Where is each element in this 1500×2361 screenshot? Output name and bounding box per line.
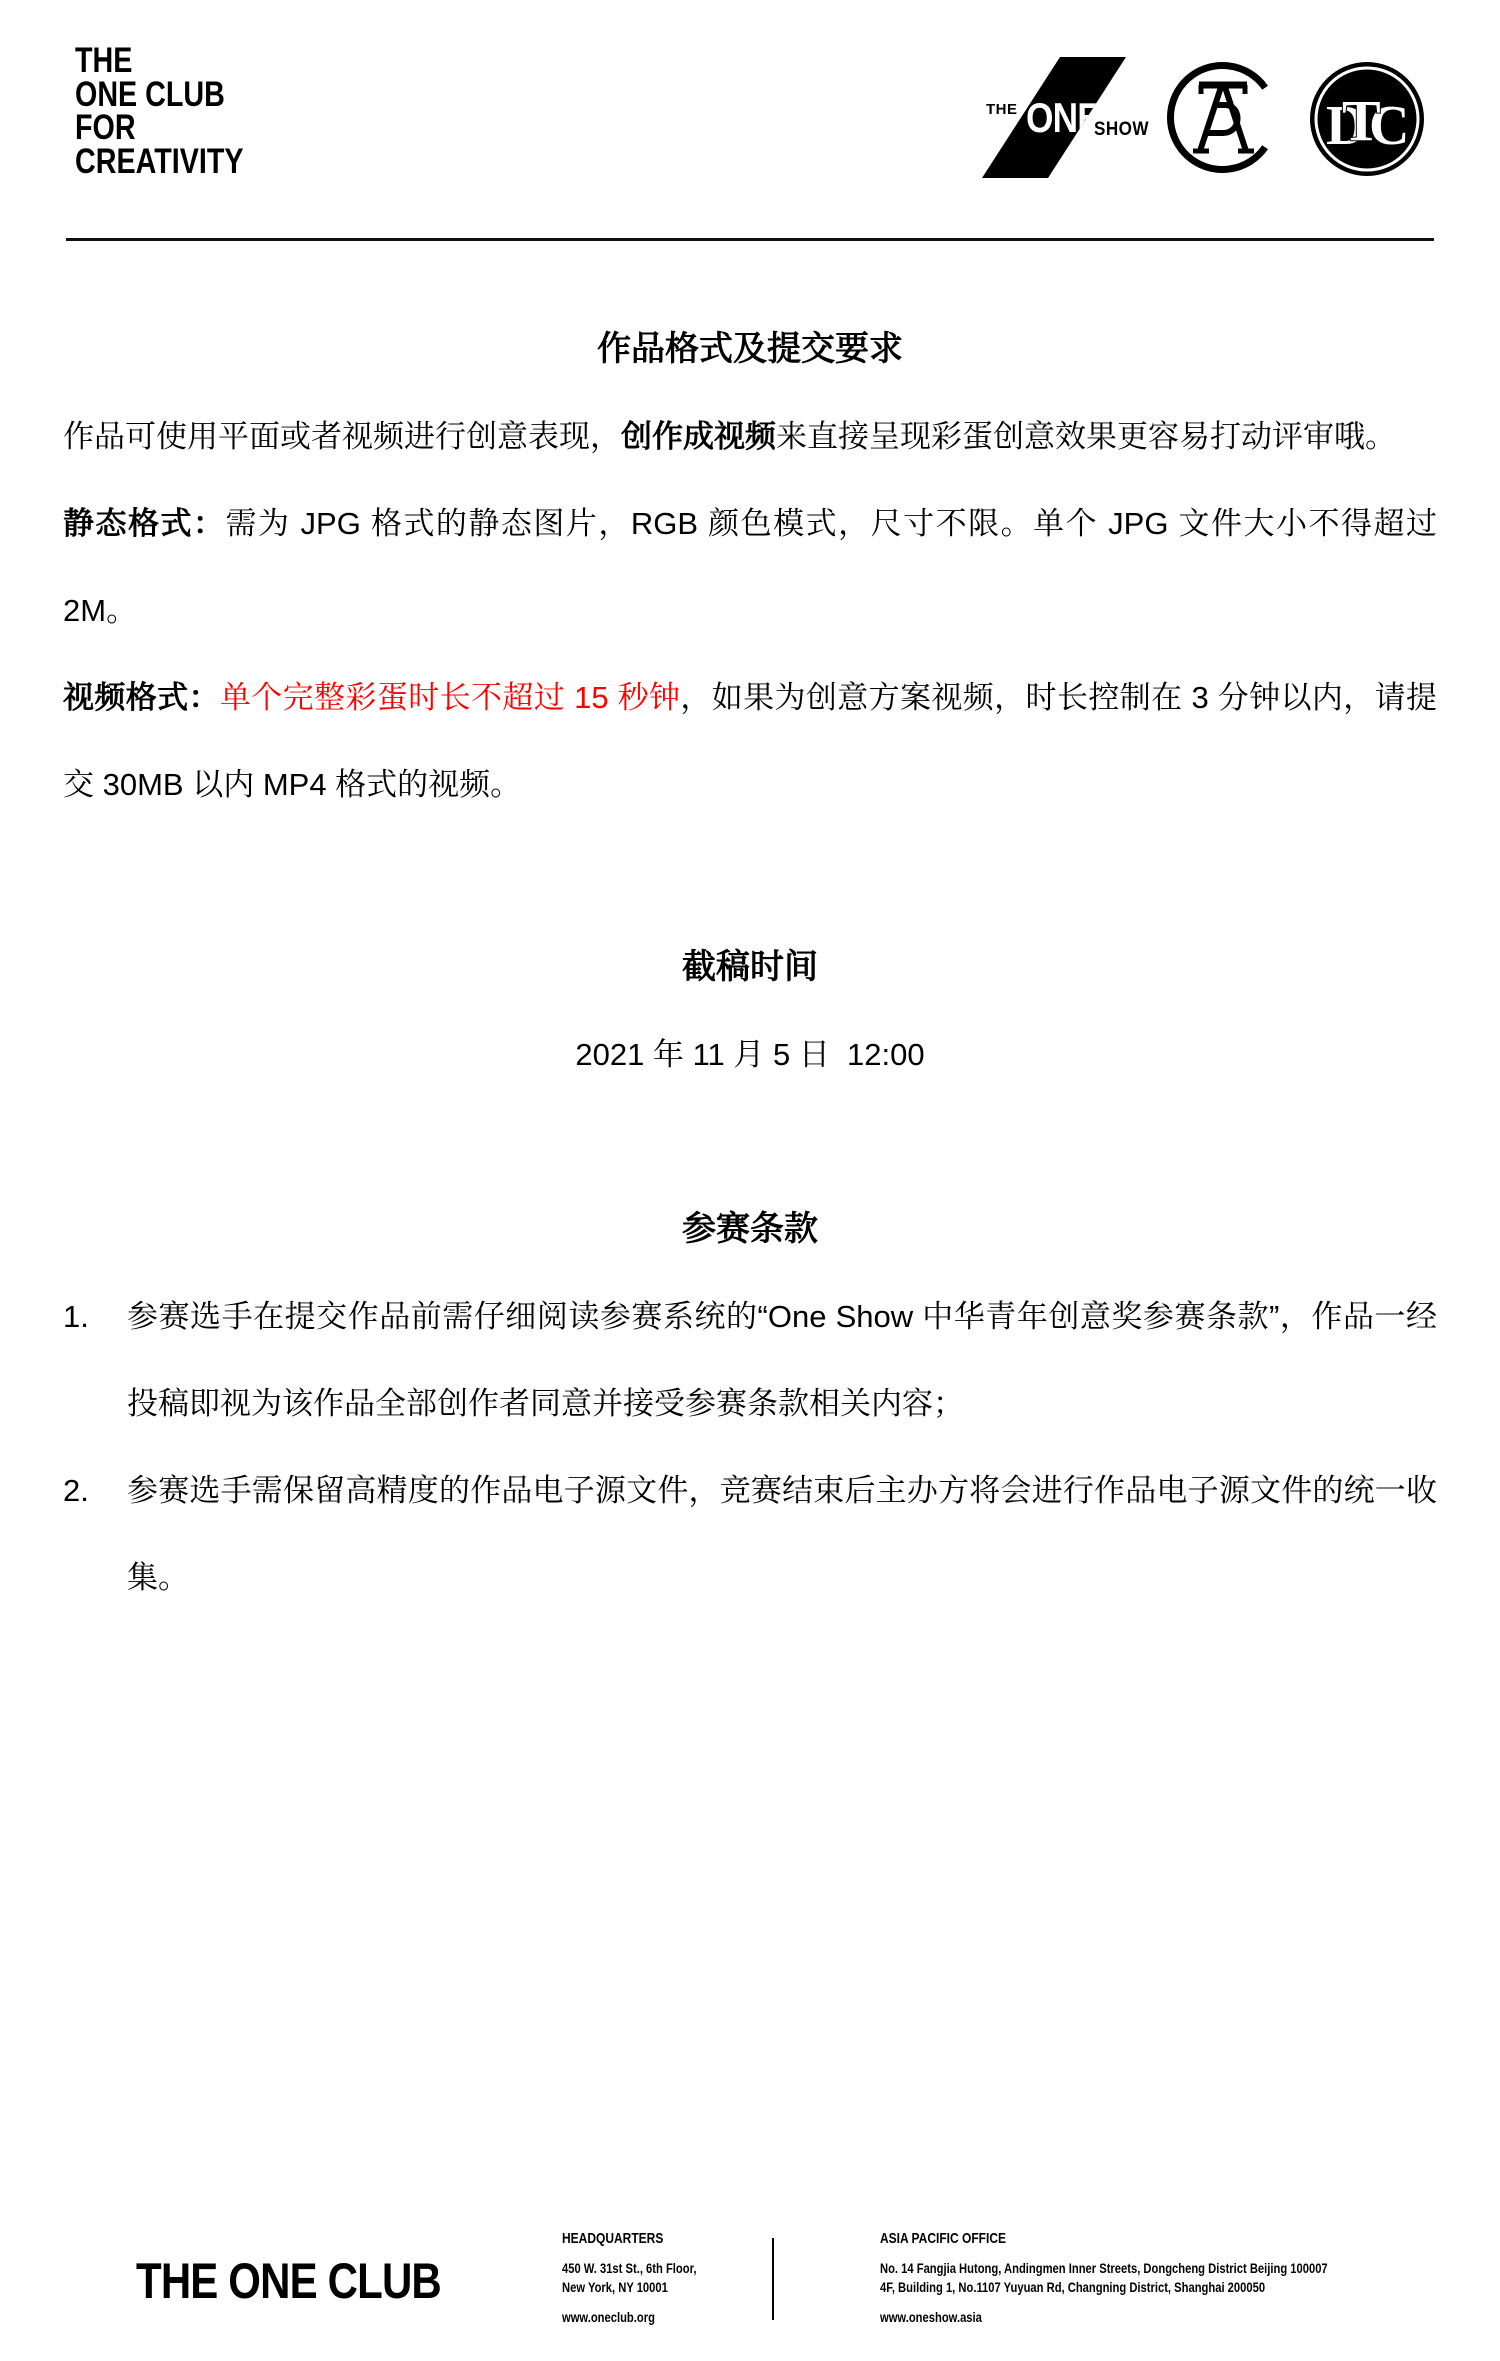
one-club-logo-line: FOR [75,111,243,145]
one-show-logo: THE ONE SHOW [980,55,1150,180]
asia-office-address-line: No. 14 Fangjia Hutong, Andingmen Inner S… [880,2259,1328,2278]
term-item: 1.参赛选手在提交作品前需仔细阅读参赛系统的“One Show 中华青年创意奖参… [63,1273,1437,1447]
asia-office-address-line: 4F, Building 1, No.1107 Yuyuan Rd, Chang… [880,2278,1328,2297]
term-item-number: 2. [63,1447,89,1534]
one-show-the-label: THE [986,102,1018,117]
term-item-text: 参赛选手需保留高精度的作品电子源文件，竞赛结束后主办方将会进行作品电子源文件的统… [127,1473,1437,1595]
section-title-format: 作品格式及提交要求 [63,306,1437,393]
section-title-terms: 参赛条款 [63,1186,1437,1273]
one-show-one-label: ONE [1026,97,1100,139]
one-club-logo-line: THE [75,44,243,78]
static-format-label: 静态格式： [63,506,225,541]
one-show-show-label: SHOW [1094,120,1149,139]
oneshow-url: www.oneshow.asia [880,2310,1328,2324]
tdc-letter-t: T [1342,88,1381,153]
paragraph-intro: 作品可使用平面或者视频进行创意表现，创作成视频来直接呈现彩蛋创意效果更容易打动评… [63,393,1437,480]
video-format-red-text: 单个完整彩蛋时长不超过 15 秒钟 [220,680,680,715]
term-item-text: 参赛选手在提交作品前需仔细阅读参赛系统的“One Show 中华青年创意奖参赛条… [127,1299,1437,1421]
adc-monogram-icon [1165,60,1280,175]
one-club-logo-line: ONE CLUB [75,78,243,112]
headquarters-address-line: 450 W. 31st St., 6th Floor, [562,2259,696,2278]
oneclub-url: www.oneclub.org [562,2310,696,2324]
video-format-label: 视频格式： [63,680,220,715]
footer-headquarters: HEADQUARTERS 450 W. 31st St., 6th Floor,… [562,2231,696,2324]
term-item: 2.参赛选手需保留高精度的作品电子源文件，竞赛结束后主办方将会进行作品电子源文件… [63,1447,1437,1621]
asia-office-title: ASIA PACIFIC OFFICE [880,2231,1328,2246]
one-club-for-creativity-logo: THE ONE CLUB FOR CREATIVITY [75,44,243,178]
paragraph-video-format: 视频格式：单个完整彩蛋时长不超过 15 秒钟，如果为创意方案视频，时长控制在 3… [63,654,1437,828]
intro-text: 作品可使用平面或者视频进行创意表现， [63,419,621,454]
headquarters-address-line: New York, NY 10001 [562,2278,696,2297]
tdc-monogram-icon: D C T [1308,60,1426,178]
headquarters-title: HEADQUARTERS [562,2231,696,2246]
term-item-number: 1. [63,1273,89,1360]
paragraph-static-format: 静态格式：需为 JPG 格式的静态图片，RGB 颜色模式，尺寸不限。单个 JPG… [63,480,1437,654]
document-page: THE ONE CLUB FOR CREATIVITY THE ONE SHOW… [0,0,1500,2361]
document-body: 作品格式及提交要求 作品可使用平面或者视频进行创意表现，创作成视频来直接呈现彩蛋… [63,306,1437,1621]
intro-text: 来直接呈现彩蛋创意效果更容易打动评审哦。 [776,419,1396,454]
deadline-date: 2021 年 11 月 5 日 12:00 [63,1011,1437,1098]
static-format-text: 需为 JPG 格式的静态图片，RGB 颜色模式，尺寸不限。单个 JPG 文件大小… [63,506,1437,628]
footer-asia-pacific-office: ASIA PACIFIC OFFICE No. 14 Fangjia Huton… [880,2231,1328,2324]
header-divider-rule [66,238,1434,241]
intro-bold-text: 创作成视频 [621,419,776,454]
one-club-logo-line: CREATIVITY [75,145,243,179]
footer-divider [772,2238,774,2320]
one-club-footer-wordmark: THE ONE CLUB [136,2256,441,2306]
section-title-deadline: 截稿时间 [63,924,1437,1011]
